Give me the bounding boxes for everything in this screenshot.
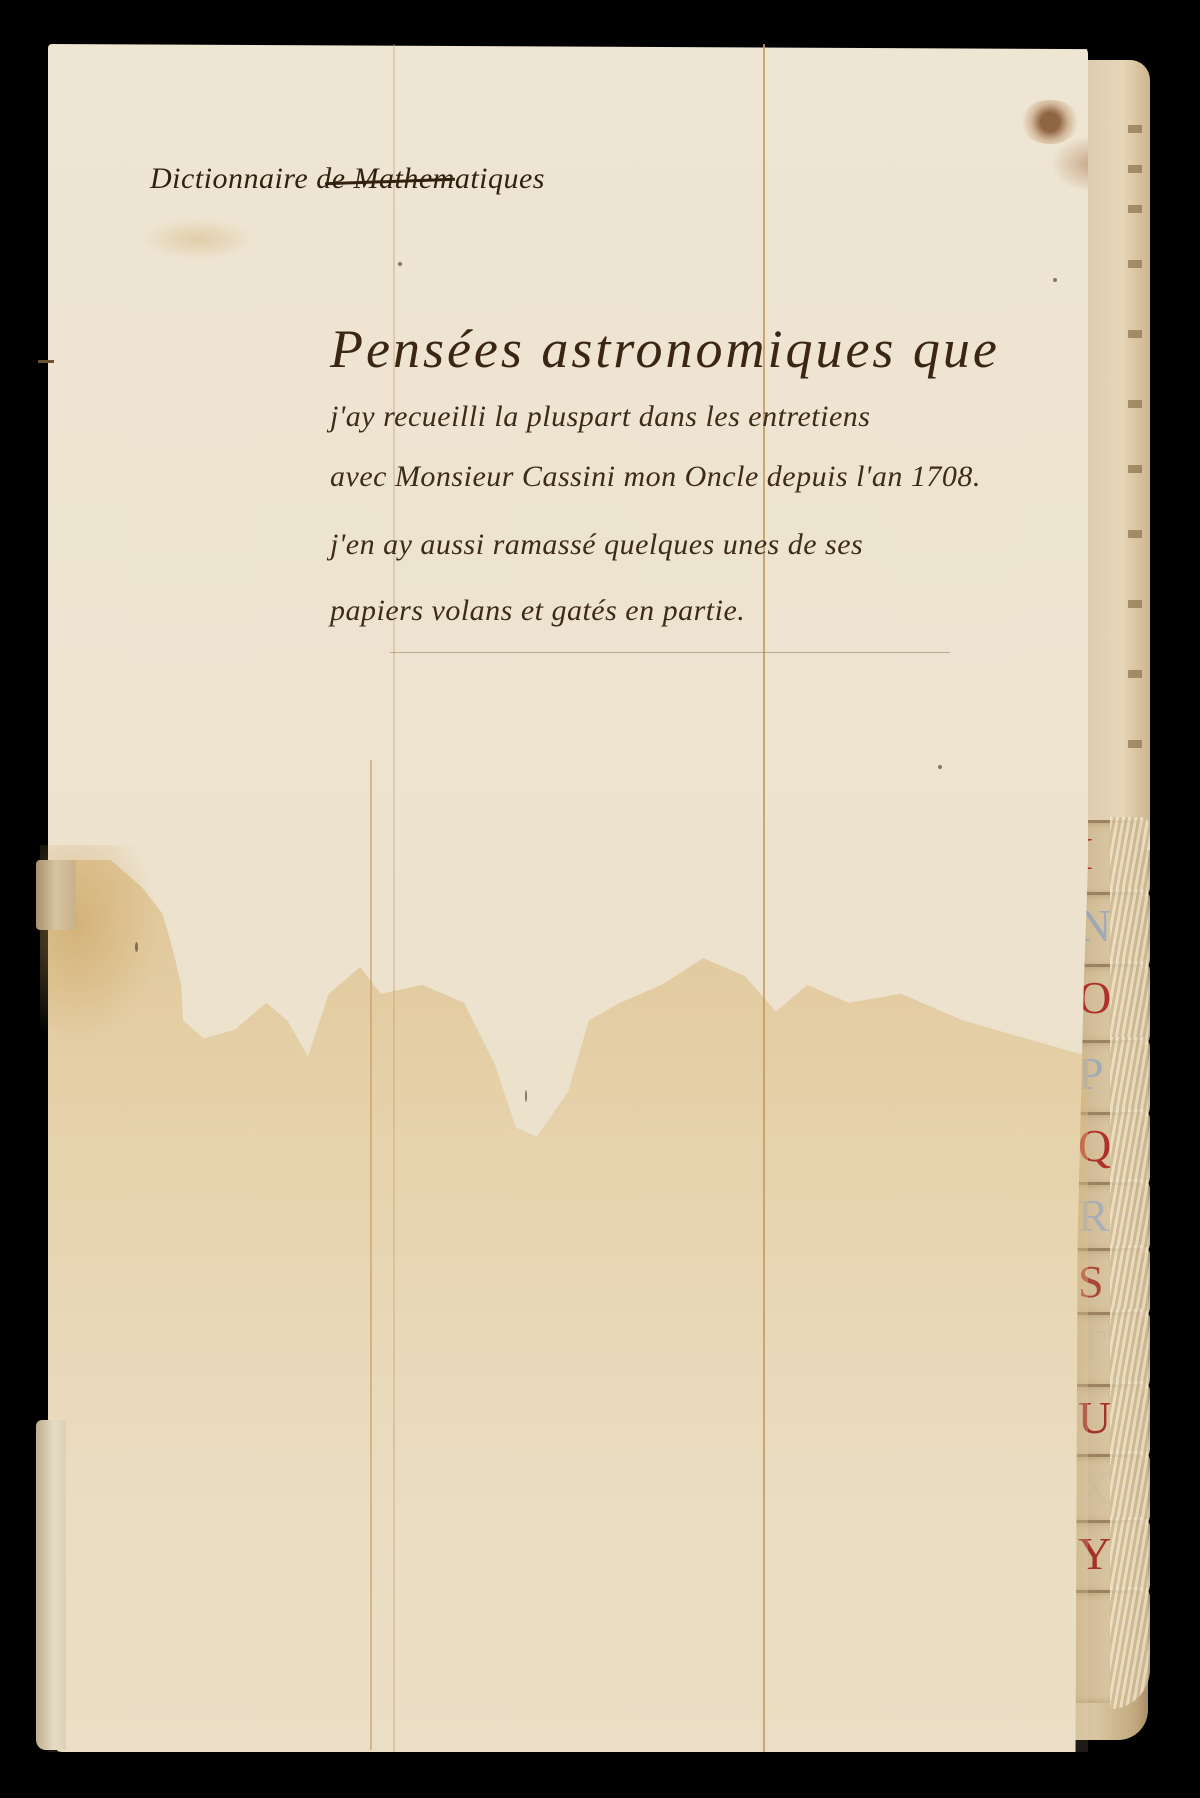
stack-notch — [1128, 330, 1142, 338]
manuscript-heading: Pensées astronomiques que — [330, 318, 1000, 380]
stack-notch — [1128, 740, 1142, 748]
foxing-spot — [1020, 100, 1080, 144]
manuscript-photo: I N O P Q R S T U X Y — [0, 0, 1200, 1798]
stack-notch — [1128, 205, 1142, 213]
manuscript-line-1: j'ay recueilli la pluspart dans les entr… — [330, 400, 870, 434]
manuscript-line-4: papiers volans et gatés en partie. — [330, 594, 745, 628]
manuscript-line-2: avec Monsieur Cassini mon Oncle depuis l… — [330, 460, 981, 494]
stack-notch — [1128, 670, 1142, 678]
binding-mark — [38, 360, 54, 363]
manuscript-title: Dictionnaire de Mathematiques — [150, 162, 545, 196]
ruled-vertical-line — [763, 44, 765, 1752]
stack-notch — [1128, 260, 1142, 268]
closing-rule — [390, 652, 950, 653]
torn-binding-edge — [36, 860, 76, 930]
ink-speck — [1053, 278, 1057, 282]
stack-notch — [1128, 530, 1142, 538]
ink-speck — [938, 765, 942, 769]
ink-speck — [398, 262, 402, 266]
pencil-mark — [525, 1090, 527, 1102]
lower-binding-edge — [36, 1420, 66, 1750]
ink-speck — [135, 942, 138, 952]
manuscript-line-3: j'en ay aussi ramassé quelques unes de s… — [330, 528, 863, 562]
ruled-vertical-faint — [393, 44, 395, 1752]
stack-notch — [1128, 165, 1142, 173]
stack-notch — [1128, 400, 1142, 408]
stack-notch — [1128, 125, 1142, 133]
stack-notch — [1128, 465, 1142, 473]
page-stack-top — [1080, 60, 1150, 850]
ruled-vertical-margin — [370, 760, 372, 1750]
stack-notch — [1128, 600, 1142, 608]
